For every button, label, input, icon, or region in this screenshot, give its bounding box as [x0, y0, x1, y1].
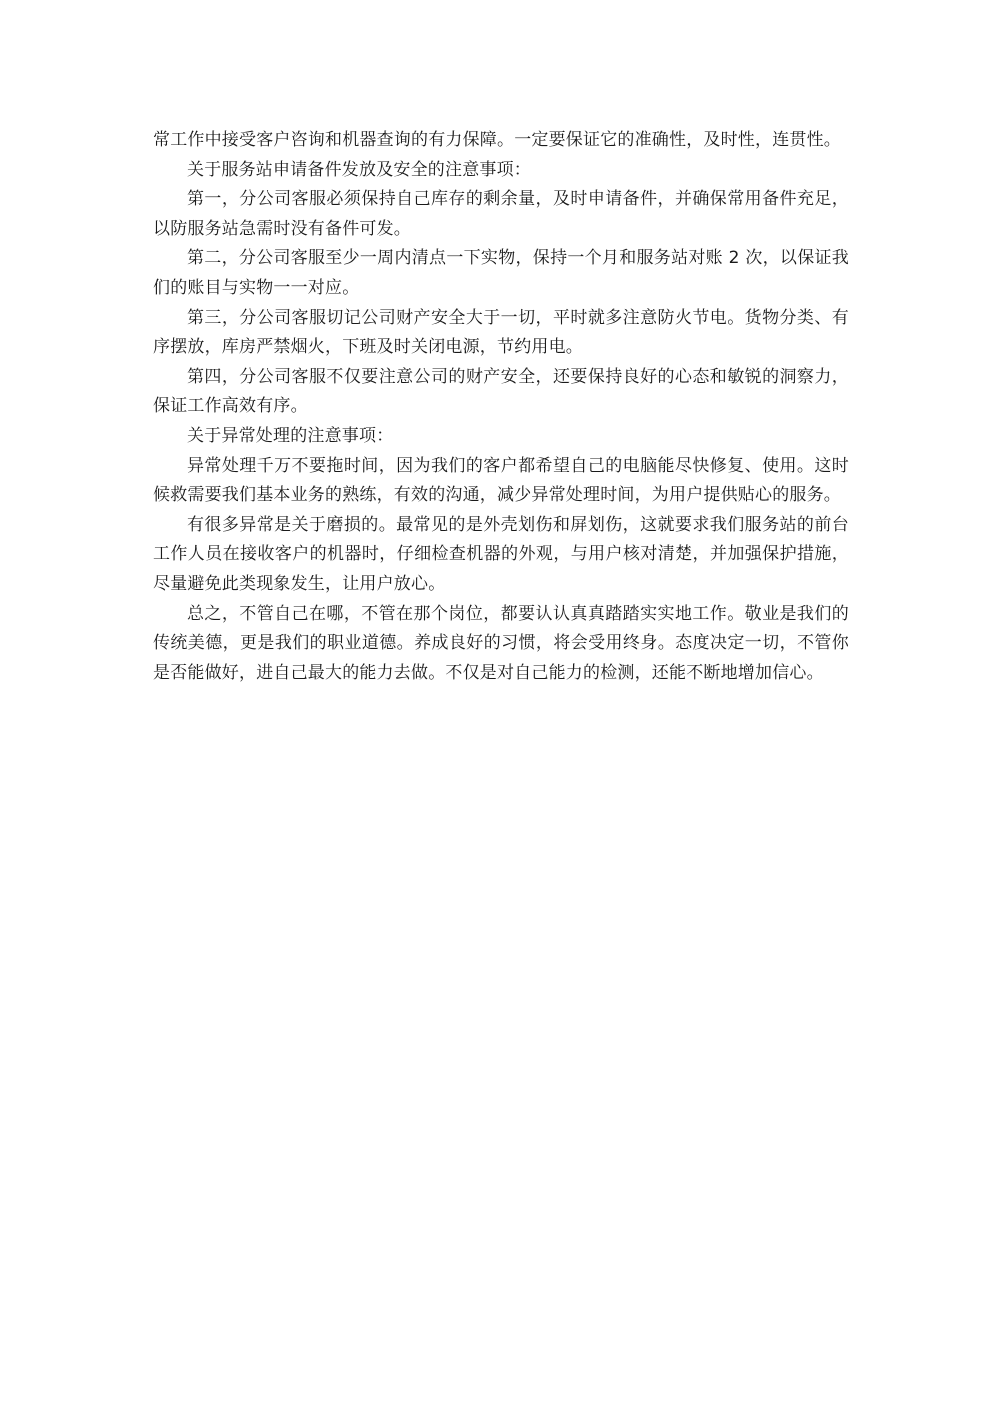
document-body: 常工作中接受客户咨询和机器查询的有力保障。一定要保证它的准确性，及时性，连贯性。…	[153, 126, 849, 688]
paragraph-point-two: 第二，分公司客服至少一周内清点一下实物，保持一个月和服务站对账 2 次，以保证我…	[153, 244, 849, 303]
heading-spare-parts-notes: 关于服务站申请备件发放及安全的注意事项：	[153, 156, 849, 186]
paragraph-intro-continuation: 常工作中接受客户咨询和机器查询的有力保障。一定要保证它的准确性，及时性，连贯性。	[153, 126, 849, 156]
document-page: 常工作中接受客户咨询和机器查询的有力保障。一定要保证它的准确性，及时性，连贯性。…	[0, 0, 1000, 1415]
paragraph-point-four: 第四，分公司客服不仅要注意公司的财产安全，还要保持良好的心态和敏锐的洞察力，保证…	[153, 363, 849, 422]
paragraph-point-three: 第三，分公司客服切记公司财产安全大于一切，平时就多注意防火节电。货物分类、有序摆…	[153, 304, 849, 363]
paragraph-exception-wear: 有很多异常是关于磨损的。最常见的是外壳划伤和屏划伤，这就要求我们服务站的前台工作…	[153, 511, 849, 600]
paragraph-conclusion: 总之，不管自己在哪，不管在那个岗位，都要认认真真踏踏实实地工作。敬业是我们的传统…	[153, 600, 849, 689]
heading-exception-handling-notes: 关于异常处理的注意事项：	[153, 422, 849, 452]
paragraph-point-one: 第一，分公司客服必须保持自己库存的剩余量，及时申请备件，并确保常用备件充足，以防…	[153, 185, 849, 244]
paragraph-exception-timing: 异常处理千万不要拖时间，因为我们的客户都希望自己的电脑能尽快修复、使用。这时候救…	[153, 452, 849, 511]
